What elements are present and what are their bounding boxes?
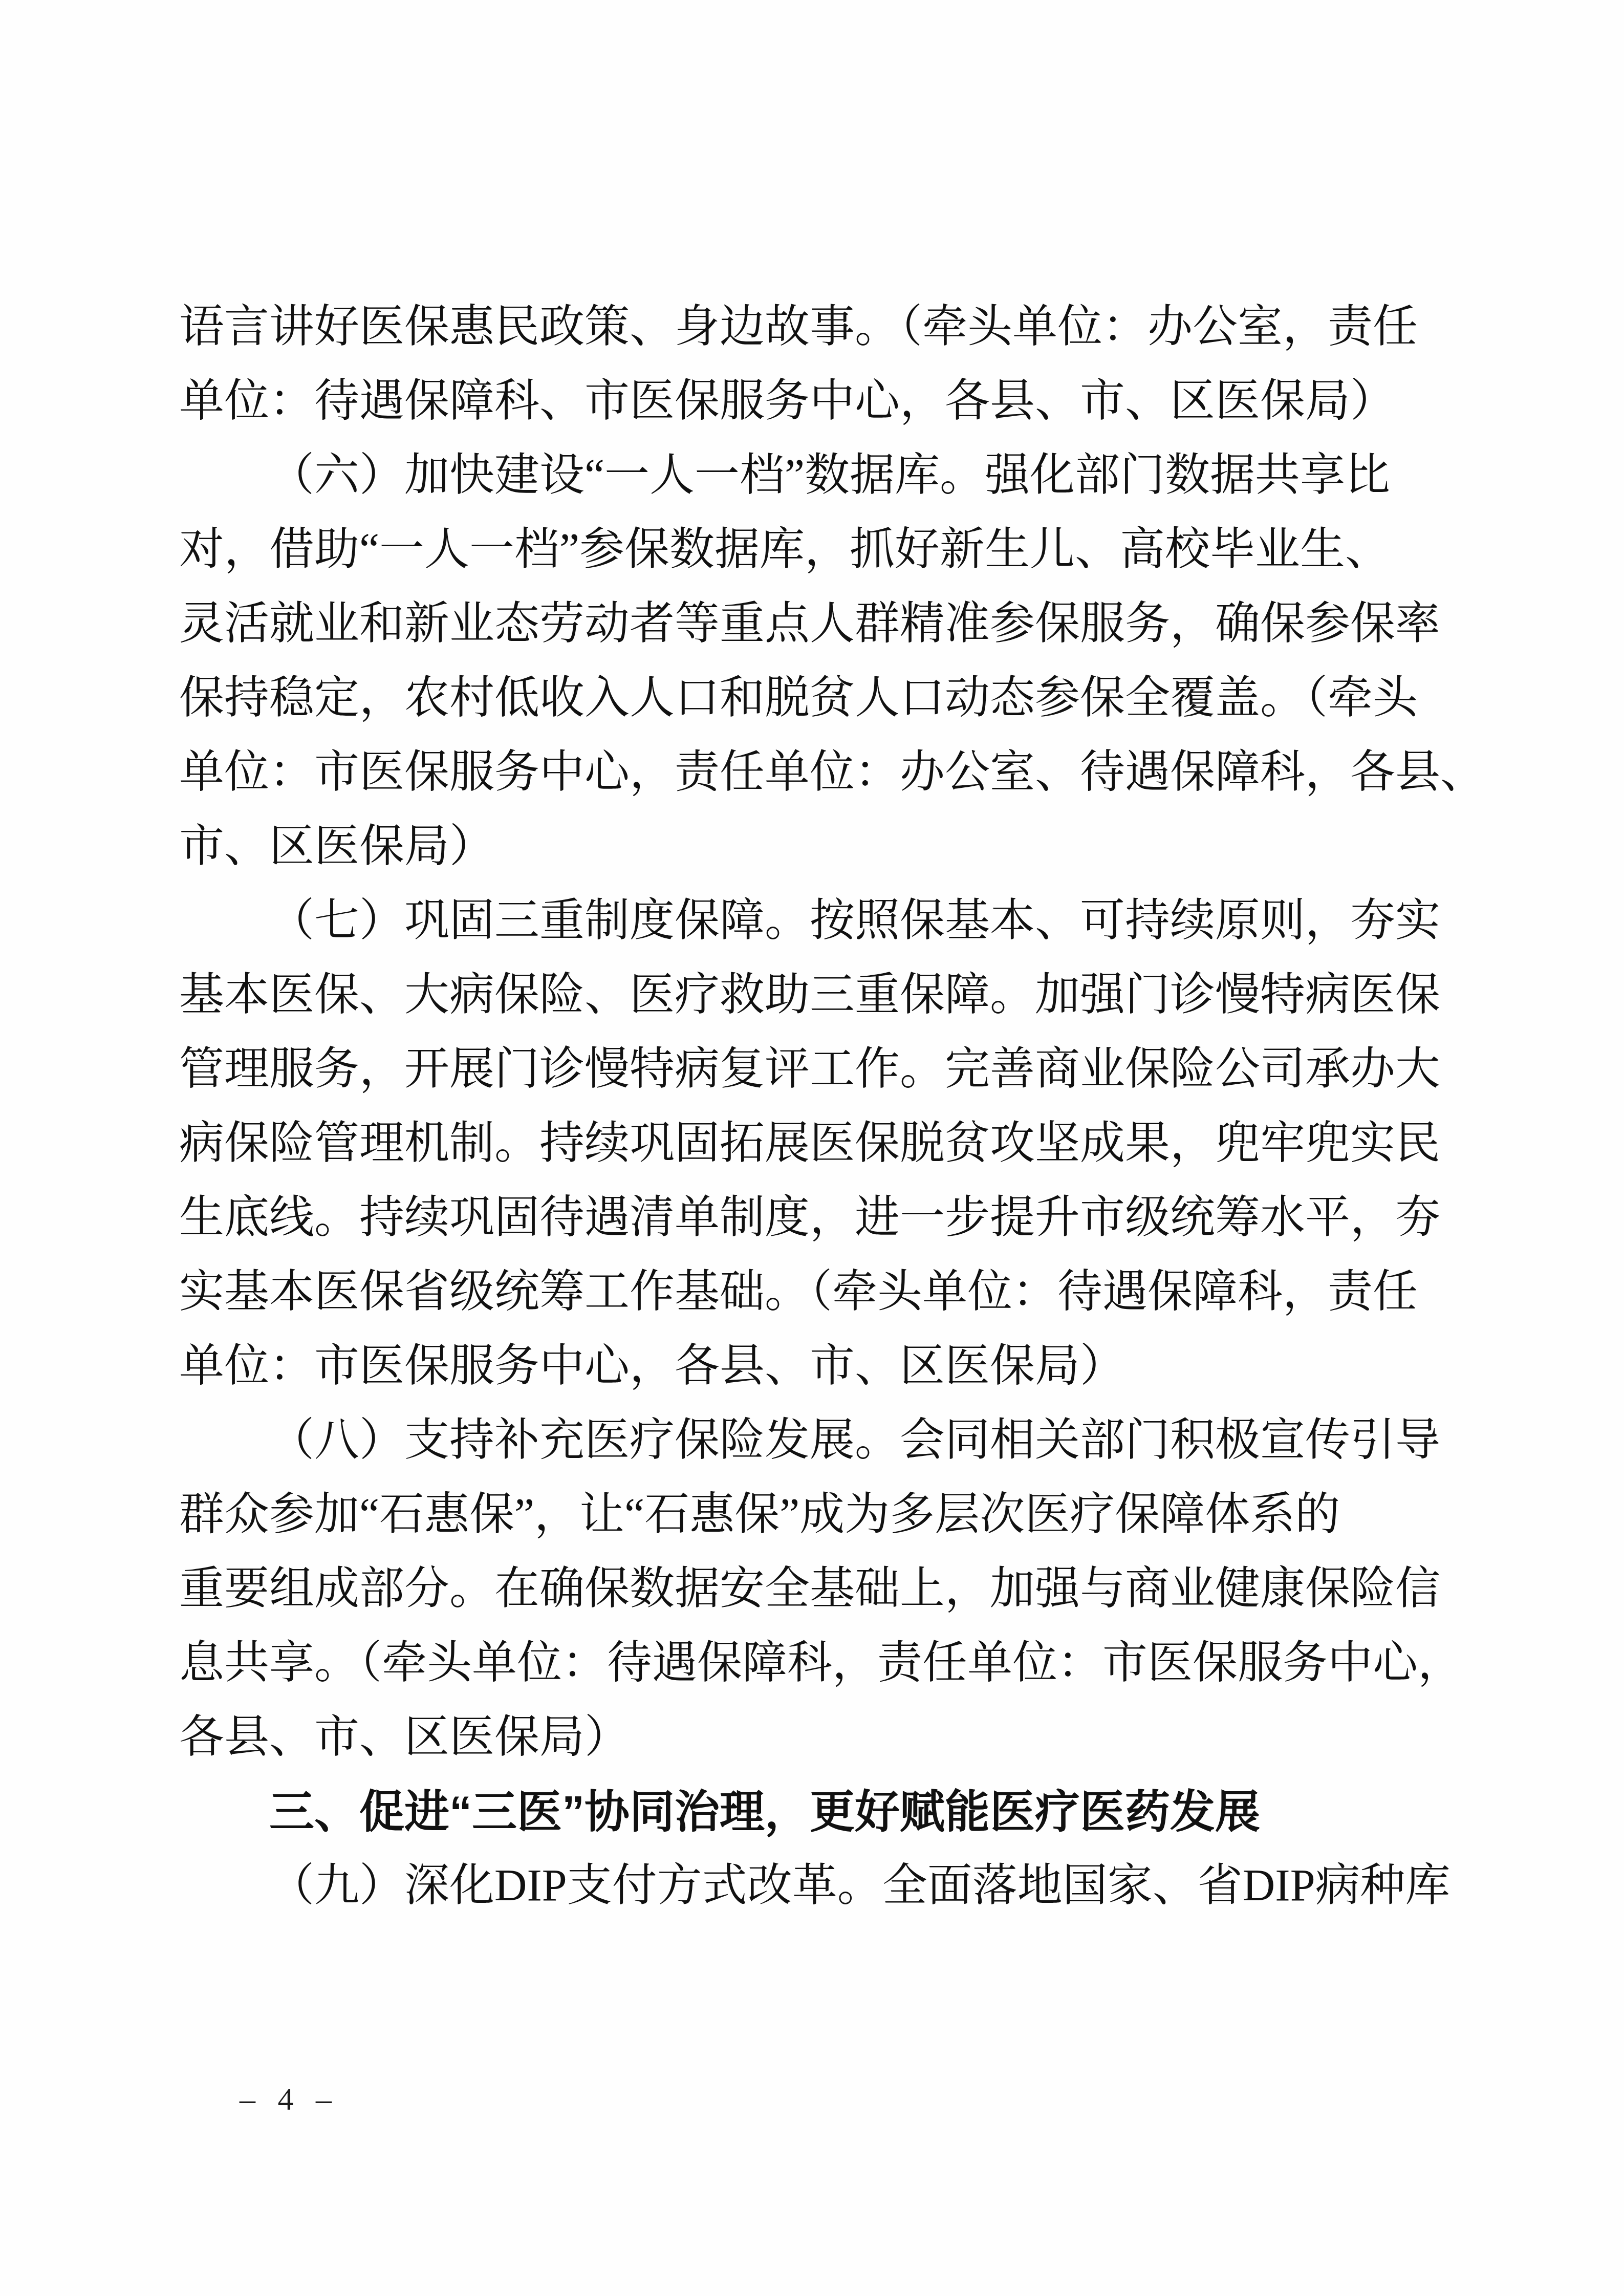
- text-line: 群众参加“石惠保”，让“石惠保”成为多层次医疗保障体系的: [179, 1477, 1454, 1552]
- text-line: （六）加快建设“一人一档”数据库。强化部门数据共享比: [179, 438, 1454, 512]
- text-line: 重要组成部分。在确保数据安全基础上，加强与商业健康保险信: [179, 1552, 1454, 1626]
- text-line: 息共享。（牵头单位：待遇保障科，责任单位：市医保服务中心，: [179, 1626, 1454, 1700]
- section-heading: 三、促进“三医”协同治理，更好赋能医疗医药发展: [179, 1774, 1454, 1849]
- text-line: 单位：市医保服务中心，各县、市、区医保局）: [179, 1329, 1454, 1403]
- text-line: 保持稳定，农村低收入人口和脱贫人口动态参保全覆盖。（牵头: [179, 661, 1454, 735]
- text-block: 语言讲好医保惠民政策、身边故事。（牵头单位：办公室，责任单位：待遇保障科、市医保…: [179, 290, 1454, 1923]
- text-line: 实基本医保省级统筹工作基础。（牵头单位：待遇保障科，责任: [179, 1255, 1454, 1329]
- text-line: 对，借助“一人一档”参保数据库，抓好新生儿、高校毕业生、: [179, 512, 1454, 587]
- text-line: 单位：待遇保障科、市医保服务中心，各县、市、区医保局）: [179, 364, 1454, 438]
- text-line: 市、区医保局）: [179, 809, 1454, 884]
- text-line: （七）巩固三重制度保障。按照保基本、可持续原则，夯实: [179, 884, 1454, 958]
- text-line: 各县、市、区医保局）: [179, 1700, 1454, 1774]
- text-line: 灵活就业和新业态劳动者等重点人群精准参保服务，确保参保率: [179, 587, 1454, 661]
- document-page: 语言讲好医保惠民政策、身边故事。（牵头单位：办公室，责任单位：待遇保障科、市医保…: [0, 0, 1624, 2296]
- text-line: 基本医保、大病保险、医疗救助三重保障。加强门诊慢特病医保: [179, 958, 1454, 1032]
- text-line: 生底线。持续巩固待遇清单制度，进一步提升市级统筹水平，夯: [179, 1181, 1454, 1255]
- text-line: 管理服务，开展门诊慢特病复评工作。完善商业保险公司承办大: [179, 1032, 1454, 1106]
- text-line: 语言讲好医保惠民政策、身边故事。（牵头单位：办公室，责任: [179, 290, 1454, 364]
- text-line: 病保险管理机制。持续巩固拓展医保脱贫攻坚成果，兜牢兜实民: [179, 1106, 1454, 1181]
- page-number: – 4 –: [240, 2082, 339, 2118]
- text-line: （八）支持补充医疗保险发展。会同相关部门积极宣传引导: [179, 1403, 1454, 1477]
- text-line: （九）深化DIP支付方式改革。全面落地国家、省DIP病种库: [179, 1849, 1454, 1923]
- text-line: 单位：市医保服务中心，责任单位：办公室、待遇保障科，各县、: [179, 735, 1454, 809]
